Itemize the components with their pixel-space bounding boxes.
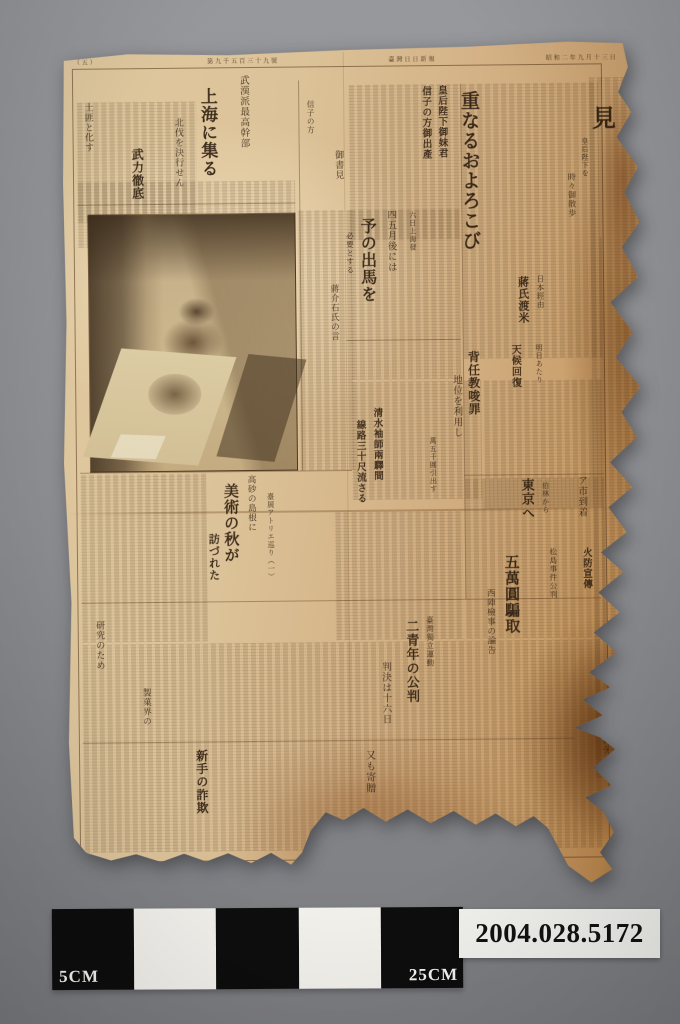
scale-segment-black: 25CM [381,907,464,988]
headline-hainin: 背任教唆罪 [467,351,480,416]
headline-seika: 製菓界の [141,688,150,726]
headline-goman: 五萬圓騙取 [503,554,519,634]
photo-book [111,434,166,459]
date-line: 昭和二年九月十三日 [546,52,618,62]
headline-dohi: 土匪と化す [82,103,92,153]
headline-hitsuyo: 必要とする [346,232,354,275]
scale-segment-white [298,907,381,988]
newspaper-title: 臺灣日日新報 [388,54,436,64]
body-text-block [80,473,208,642]
measurement-scale-bar: 5CM 25CM [52,907,463,990]
issue-number: 第九千五百三十九號 [207,56,279,66]
headline-taiten: 臺展アトリエ巡り（一） [266,493,274,581]
headline-berlin: 伯林から [541,482,549,514]
scale-label-25cm: 25CM [409,965,458,985]
headline-buryoku: 武力徹底 [131,148,144,200]
scale-label-5cm: 5CM [59,967,99,987]
headline-nobuko: 信子の方 [306,100,314,134]
headline-goshoken: 御書見 [333,150,343,180]
headline-niseinen: 二青年の公判 [404,619,418,703]
scale-segment-black [216,908,299,989]
headline-shanghai: 上海に集る [197,87,216,177]
headline-yonoshutsuba: 予の出馬を [358,218,376,303]
headline-shigogetsu: 四五月後には [385,209,396,272]
body-text-block [335,511,464,640]
page-number: （五） [74,58,98,67]
headline-matamo: 又も寄贈 [363,750,374,794]
newspaper-sheet: （五） 第九千五百三十九號 臺灣日日新報 昭和二年九月十三日 [48,37,649,891]
headline-mangosen: 萬五千圓引出す [429,437,437,493]
headline-bijutsu: 美術の秋が [222,483,238,563]
body-text-block [462,237,603,358]
headline-takasago: 高砂の島根に [246,475,255,532]
body-text-block [588,77,645,777]
accession-number: 2004.028.5172 [475,918,644,949]
headline-shimizu: 清水袖師兩驛間 [371,408,382,482]
headline-kogo: 皇后陛下御妹君 [436,85,447,159]
accession-number-label: 2004.028.5172 [459,909,660,958]
headline-shokaiseki: 蔣介石氏の言 [329,284,338,341]
headline-asuatari: 明日あたり [535,344,543,384]
headline-bukan: 武漢派最高幹部 [238,75,249,149]
headline-miru: 見 [588,105,613,130]
headline-kenji: 西陣檢事の論告 [485,588,495,655]
photo-dish [148,373,202,415]
newspaper-page: （五） 第九千五百三十九號 臺灣日日新報 昭和二年九月十三日 [48,37,649,891]
headline-hokubatsu: 北伐を決行せん [172,118,182,188]
scale-segment-white [134,908,217,989]
body-text-block [82,639,604,852]
newspaper-photo-man-at-table [87,213,298,473]
headline-nihonkeiyu: 日本經由 [536,275,544,309]
headline-korera: コレラ [599,725,609,755]
scale-segment-black: 5CM [52,909,135,990]
headline-gosanpo: 時々御散歩 [567,173,576,218]
headline-tenko: 天候回復 [509,344,520,388]
headline-shoshitobei: 蔣氏渡米 [517,276,529,324]
headline-aratede: 新手の詐欺 [195,749,208,814]
headline-taiwan-dokuritsu: 臺灣獨立運動 [426,616,434,667]
headline-matsushima: 松島事件公判 [549,548,557,599]
headline-tokyo: 東京へ [519,478,533,520]
headline-chii: 地位を利用し [451,375,462,438]
headline-kenkyu: 研究のため [94,621,104,671]
headline-hanketsu: 判決は十六日 [380,662,391,725]
headline-kogo-miko: 皇后陛下を [581,137,589,177]
headline-muika: 六日上海發 [408,211,416,251]
headline-otozure: 訪づれた [208,533,220,581]
headline-ashi: ア市到着 [576,476,586,518]
museum-artifact-photo: { "masthead": { "page_marker": "（五）", "i… [0,0,680,1024]
headline-omoki: 重なるおよろこび [458,91,479,251]
headline-nobuko-shussan: 信子の方御出產 [420,86,431,160]
headline-senro: 線路三十尺流さる [355,420,366,504]
headline-kabo: 火防宣傳 [581,547,591,589]
